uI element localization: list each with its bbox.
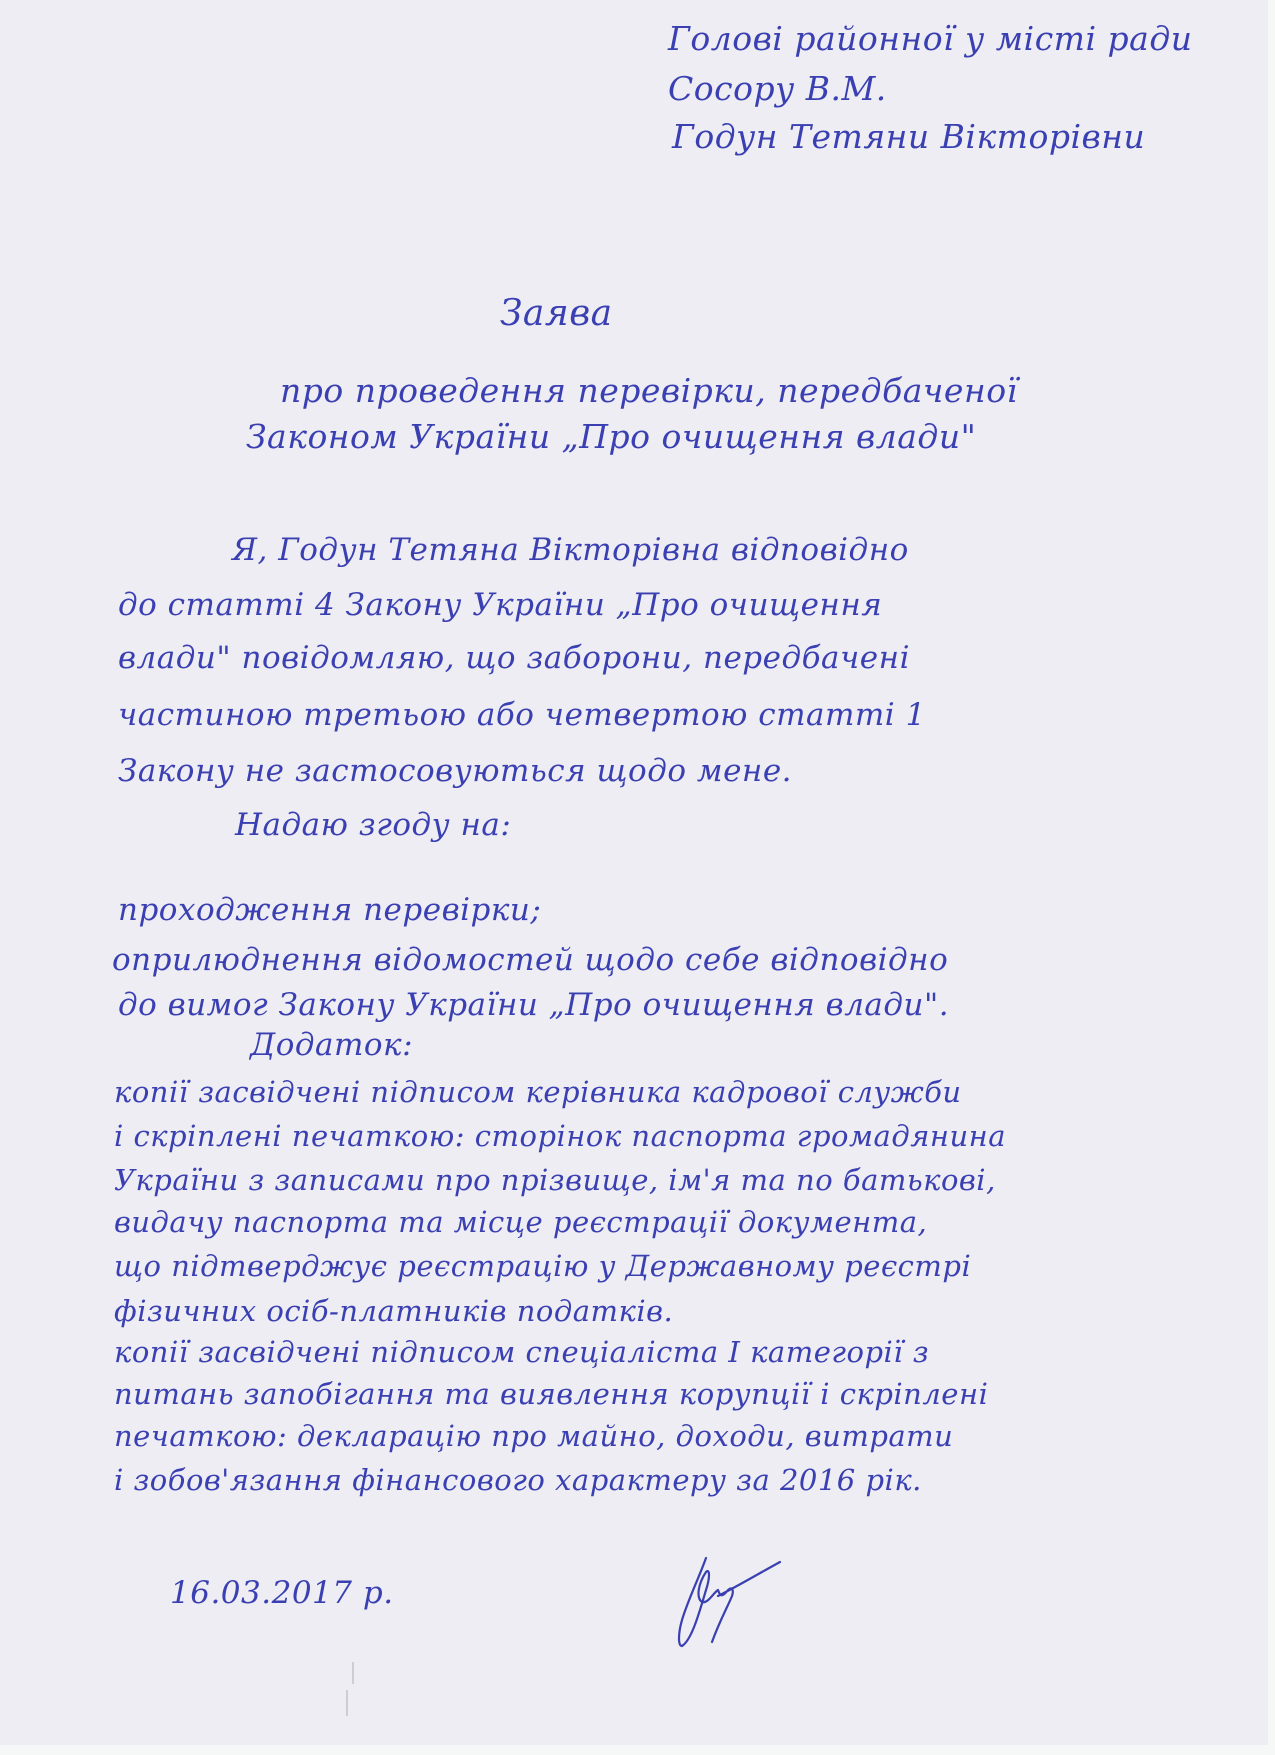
appendix-line: і зобов'язання фінансового характеру за … <box>114 1466 922 1495</box>
body-line: частиною третьою або четвертою статті 1 <box>118 700 926 731</box>
consent-item: до вимог Закону України „Про очищення вл… <box>118 990 949 1021</box>
consent-item: оприлюднення відомостей щодо себе відпов… <box>112 945 948 976</box>
scan-mark <box>346 1690 348 1716</box>
signature-icon <box>648 1550 788 1660</box>
appendix-line: питань запобігання та виявлення корупції… <box>114 1380 988 1409</box>
appendix-line: що підтверджує реєстрацію у Державному р… <box>114 1252 971 1281</box>
consent-item: проходження перевірки; <box>118 895 541 926</box>
applicant-line: Годун Тетяни Вікторівни <box>672 120 1145 153</box>
document-title: Заява <box>500 296 613 332</box>
appendix-line: і скріплені печаткою: сторінок паспорта … <box>114 1122 1006 1151</box>
subtitle-line-1: про проведення перевірки, передбаченої <box>280 374 1018 407</box>
appendix-line: копії засвідчені підписом спеціаліста І … <box>114 1338 929 1367</box>
body-line: влади" повідомляю, що заборони, передбач… <box>118 643 910 674</box>
document-date: 16.03.2017 р. <box>170 1578 394 1609</box>
body-line: Я, Годун Тетяна Вікторівна відповідно <box>232 535 909 566</box>
body-line: Закону не застосовуються щодо мене. <box>118 756 792 787</box>
appendix-line: видачу паспорта та місце реєстрації доку… <box>114 1208 927 1237</box>
document-page: Голові районної у місті ради Сосору В.М.… <box>0 0 1268 1745</box>
scan-mark <box>352 1662 354 1684</box>
addressee-line-2: Сосору В.М. <box>668 72 887 105</box>
appendix-line: фізичних осіб-платників податків. <box>114 1297 673 1326</box>
subtitle-line-2: Законом України „Про очищення влади" <box>246 420 976 453</box>
appendix-heading: Додаток: <box>250 1030 413 1061</box>
addressee-line-1: Голові районної у місті ради <box>668 22 1193 55</box>
appendix-line: копії засвідчені підписом керівника кадр… <box>114 1078 962 1107</box>
consent-heading: Надаю згоду на: <box>235 810 511 841</box>
appendix-line: України з записами про прізвище, ім'я та… <box>114 1166 996 1195</box>
body-line: до статті 4 Закону України „Про очищення <box>118 590 882 621</box>
appendix-line: печаткою: декларацію про майно, доходи, … <box>114 1422 953 1451</box>
